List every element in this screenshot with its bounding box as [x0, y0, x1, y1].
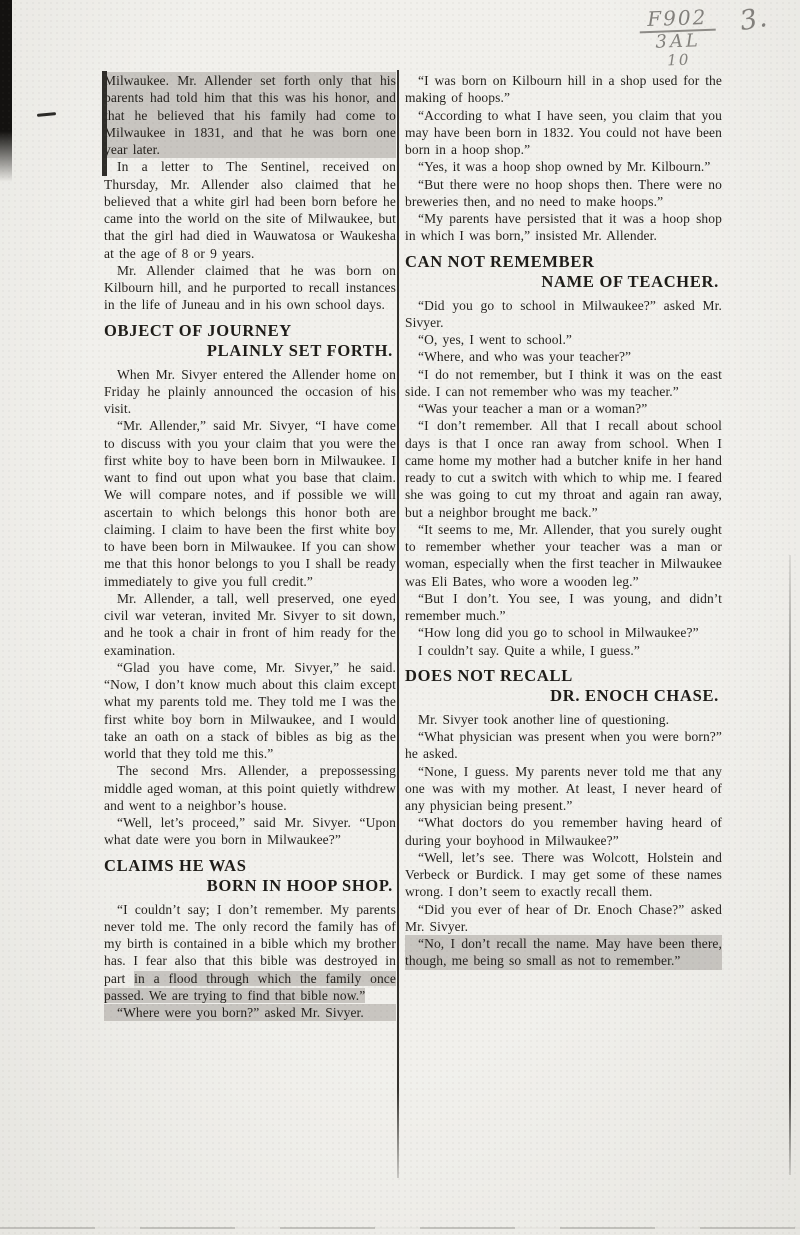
section-heading-object-of-journey: OBJECT OF JOURNEY PLAINLY SET FORTH. [104, 321, 396, 361]
article-column-left: Milwaukee. Mr. Allender set forth only t… [104, 72, 396, 1021]
scan-edge-right [789, 555, 791, 1175]
scan-dash-mark [37, 112, 56, 117]
paragraph: “What physician was present when you wer… [405, 728, 722, 763]
section-heading-claims-he-was: CLAIMS HE WAS BORN IN HOOP SHOP. [104, 856, 396, 896]
paragraph: “My parents have persisted that it was a… [405, 210, 722, 245]
article-column-right: “I was born on Kilbourn hill in a shop u… [405, 72, 722, 970]
paragraph: “But there were no hoop shops then. Ther… [405, 176, 722, 211]
heading-line2: NAME OF TEACHER. [405, 272, 722, 292]
heading-line1: DOES NOT RECALL [405, 666, 722, 686]
paragraph: “According to what I have seen, you clai… [405, 107, 722, 159]
highlighted-paragraph: “Where were you born?” asked Mr. Sivyer. [104, 1004, 396, 1021]
heading-line2: BORN IN HOOP SHOP. [104, 876, 396, 896]
paragraph: I couldn’t say. Quite a while, I guess.” [405, 642, 722, 659]
heading-line2: DR. ENOCH CHASE. [405, 686, 722, 706]
section-heading-can-not-remember: CAN NOT REMEMBER NAME OF TEACHER. [405, 252, 722, 292]
handwritten-archive-code: F902 3AL 10 [635, 6, 721, 71]
paragraph: Mr. Sivyer took another line of question… [405, 711, 722, 728]
scan-corner-band [0, 0, 12, 182]
paragraph: “Glad you have come, Mr. Sivyer,” he sai… [104, 659, 396, 763]
paragraph: “I do not remember, but I think it was o… [405, 366, 722, 401]
heading-line2: PLAINLY SET FORTH. [104, 341, 396, 361]
paragraph: “None, I guess. My parents never told me… [405, 763, 722, 815]
paragraph-partially-highlighted: “I couldn’t say; I don’t remember. My pa… [104, 901, 396, 1005]
highlighted-text: in a flood through which the family once… [104, 971, 396, 1003]
handwritten-code-line3: 10 [637, 51, 722, 71]
paragraph: Mr. Allender claimed that he was born on… [104, 262, 396, 314]
highlighted-paragraph: “No, I don’t recall the name. May have b… [405, 935, 722, 970]
paragraph: The second Mrs. Allender, a prepossessin… [104, 762, 396, 814]
paragraph: “Where, and who was your teacher?” [405, 348, 722, 365]
paragraph: “Did you ever of hear of Dr. Enoch Chase… [405, 901, 722, 936]
newspaper-scan-page: F902 3AL 10 3. Milwaukee. Mr. Allender s… [0, 0, 800, 1235]
paragraph: When Mr. Sivyer entered the Allender hom… [104, 366, 396, 418]
handwritten-page-number: 3. [738, 2, 771, 37]
paragraph: “But I don’t. You see, I was young, and … [405, 590, 722, 625]
paragraph: “Mr. Allender,” said Mr. Sivyer, “I have… [104, 417, 396, 590]
heading-line1: OBJECT OF JOURNEY [104, 321, 396, 341]
handwritten-code-line1: F902 [639, 6, 716, 34]
paragraph: “Well, let’s proceed,” said Mr. Sivyer. … [104, 814, 396, 849]
paragraph: “I was born on Kilbourn hill in a shop u… [405, 72, 722, 107]
paragraph: “Well, let’s see. There was Wolcott, Hol… [405, 849, 722, 901]
paragraph: “Was your teacher a man or a woman?” [405, 400, 722, 417]
paragraph: “O, yes, I went to school.” [405, 331, 722, 348]
heading-line1: CAN NOT REMEMBER [405, 252, 722, 272]
paragraph: Mr. Allender, a tall, well preserved, on… [104, 590, 396, 659]
scan-edge-bottom [0, 1227, 800, 1229]
paragraph: “It seems to me, Mr. Allender, that you … [405, 521, 722, 590]
section-heading-does-not-recall: DOES NOT RECALL DR. ENOCH CHASE. [405, 666, 722, 706]
column-divider-rule [397, 70, 399, 1178]
paragraph: “I don’t remember. All that I recall abo… [405, 417, 722, 521]
paragraph: In a letter to The Sentinel, received on… [104, 158, 396, 262]
paragraph: “How long did you go to school in Milwau… [405, 624, 722, 641]
highlighted-paragraph: Milwaukee. Mr. Allender set forth only t… [104, 72, 396, 158]
paragraph: “Did you go to school in Milwaukee?” ask… [405, 297, 722, 332]
paragraph: “What doctors do you remember having hea… [405, 814, 722, 849]
heading-line1: CLAIMS HE WAS [104, 856, 396, 876]
paragraph: “Yes, it was a hoop shop owned by Mr. Ki… [405, 158, 722, 175]
